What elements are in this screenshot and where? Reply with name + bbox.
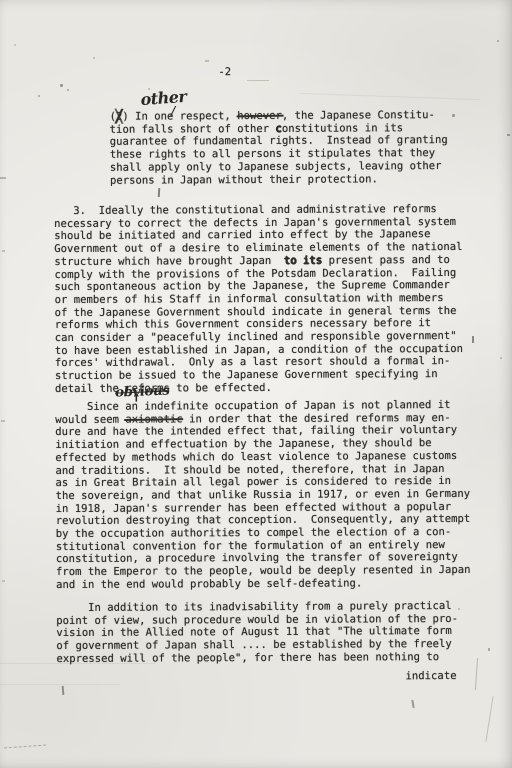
speck	[458, 608, 460, 610]
crease-line	[0, 663, 155, 664]
speck	[452, 114, 455, 117]
paragraph-3: 3. Ideally the constitutional and admini…	[54, 203, 463, 396]
handwritten-insertion-other: other	[140, 87, 187, 109]
page-number: -2	[218, 66, 231, 79]
catchword: indicate	[406, 670, 457, 683]
speck	[507, 134, 510, 136]
speck	[67, 89, 69, 91]
typed-line: from the Emperor to the people, would be…	[56, 564, 471, 579]
speck	[205, 60, 209, 62]
scan-text-layer: -2 other / (2) In one respect, however, …	[0, 0, 512, 768]
speck	[148, 88, 150, 90]
typed-line: shall apply only to Japanese subjects, l…	[110, 160, 448, 174]
speck	[0, 177, 6, 179]
document-page: -2 other / (2) In one respect, however, …	[0, 0, 512, 768]
underline-smudge	[247, 80, 269, 81]
speck	[1, 420, 5, 422]
typed-line: struction be issued to the Japanese Gove…	[55, 368, 463, 383]
speck	[14, 44, 16, 46]
speck	[497, 40, 499, 42]
typed-line: and in the end would probably be self-de…	[56, 577, 471, 592]
typed-line: persons in Japan without their protectio…	[110, 173, 448, 187]
speck	[2, 580, 5, 582]
pen-mark	[472, 336, 474, 343]
paragraph-in-addition: In addition to its inadvisability from a…	[56, 600, 458, 666]
speck	[38, 95, 40, 97]
speck	[488, 648, 490, 651]
speck	[60, 84, 63, 87]
paragraph-since-occupation: Since an indefinite occupation of Japan …	[55, 399, 471, 592]
speck	[500, 357, 502, 359]
handwritten-insertion-obvious: obvious	[115, 383, 170, 401]
crease-line	[0, 684, 120, 685]
speck	[93, 57, 95, 59]
paragraph-2-subitem: (2) In one respect, however, the Japanes…	[110, 109, 448, 187]
speck	[2, 250, 5, 252]
